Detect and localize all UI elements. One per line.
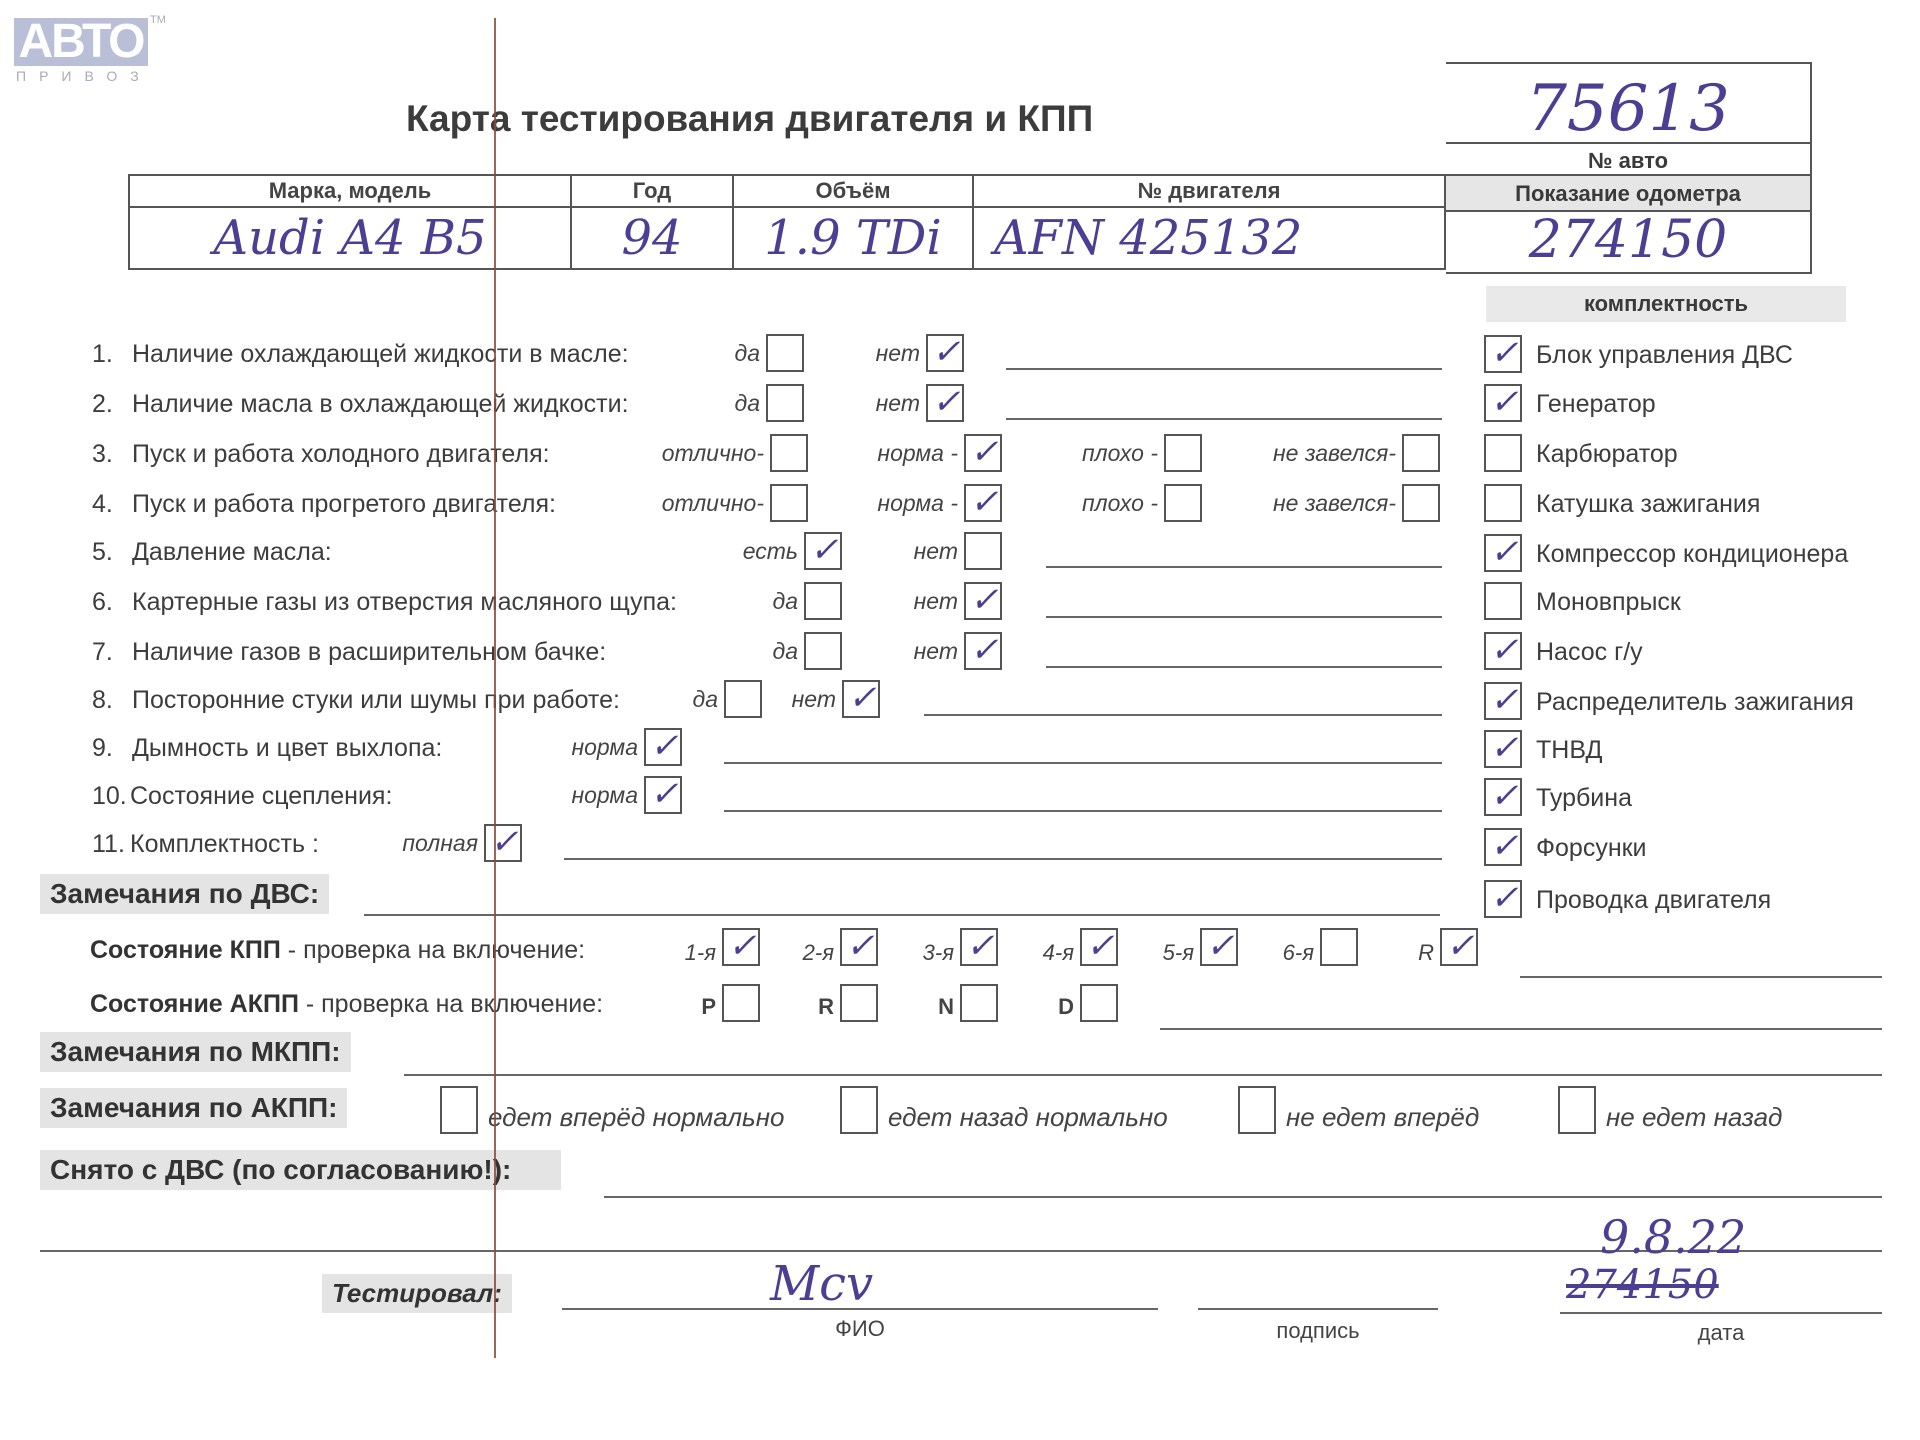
comment-line[interactable] (724, 810, 1442, 812)
completeness-item: Генератор (1536, 390, 1656, 419)
option-label: полная (324, 830, 478, 857)
handwritten-check-icon: ✓ (966, 926, 995, 966)
question-number: 2. (92, 390, 113, 419)
remarks-manual-label: Замечания по МКПП: (40, 1032, 351, 1072)
page-title: Карта тестирования двигателя и КПП (406, 98, 1093, 140)
handwritten-check-icon: ✓ (728, 926, 757, 966)
question-text: Комплектность : (130, 830, 319, 859)
fold-line (494, 18, 496, 1358)
handwritten-check-icon: ✓ (970, 630, 999, 670)
option-checkbox[interactable] (1402, 484, 1440, 522)
handwritten-check-icon: ✓ (1490, 333, 1519, 373)
gear-checkbox[interactable] (960, 984, 998, 1022)
auto-gearbox-subtitle: - проверка на включение: (299, 990, 603, 1018)
col-header-engine-no: № двигателя (973, 175, 1445, 207)
option-label: норма - (804, 490, 958, 517)
option-checkbox[interactable]: ✓ (964, 632, 1002, 670)
auto-remark-checkbox[interactable] (1238, 1086, 1276, 1134)
car-number-label: № авто (1446, 144, 1810, 176)
completeness-item: Насос г/у (1536, 638, 1643, 667)
question-number: 1. (92, 340, 113, 369)
handwritten-check-icon: ✓ (1490, 680, 1519, 720)
signature-label: подпись (1198, 1318, 1438, 1344)
completeness-item: Компрессор кондиционера (1536, 540, 1848, 569)
handwritten-check-icon: ✓ (1446, 926, 1475, 966)
question-text: Посторонние стуки или шумы при работе: (132, 686, 620, 715)
gear-label: N (900, 994, 954, 1020)
fio-value[interactable]: Мсv (770, 1256, 873, 1312)
car-number-field[interactable]: 75613 (1446, 64, 1810, 144)
completeness-checkbox[interactable]: ✓ (1484, 778, 1522, 816)
manual-gearbox-title: Состояние КПП (90, 936, 281, 964)
volume-field[interactable]: 1.9 TDi (733, 207, 973, 269)
option-checkbox[interactable]: ✓ (842, 680, 880, 718)
make-model-field[interactable]: Audi A4 B5 (129, 207, 571, 269)
auto-remark-checkbox[interactable] (840, 1086, 878, 1134)
option-checkbox[interactable]: ✓ (964, 434, 1002, 472)
year-field[interactable]: 94 (571, 207, 733, 269)
gear-label: 3-я (890, 940, 954, 966)
logo: АВТО (14, 18, 148, 66)
engine-no-field[interactable]: AFN 425132 (973, 207, 1445, 269)
option-label: плохо - (1004, 490, 1158, 517)
completeness-checkbox[interactable]: ✓ (1484, 384, 1522, 422)
completeness-item: Форсунки (1536, 834, 1647, 863)
option-checkbox[interactable] (964, 532, 1002, 570)
handwritten-check-icon: ✓ (650, 726, 679, 766)
col-header-make-model: Марка, модель (129, 175, 571, 207)
signature-line[interactable] (1198, 1308, 1438, 1310)
gear-label: 4-я (1010, 940, 1074, 966)
gear-checkbox[interactable] (1320, 928, 1358, 966)
remarks-manual-line[interactable] (404, 1074, 1882, 1076)
gear-checkbox[interactable] (1080, 984, 1118, 1022)
question-number: 3. (92, 440, 113, 469)
remarks-engine-line[interactable] (364, 914, 1440, 916)
handwritten-check-icon: ✓ (650, 774, 679, 814)
logo-subtitle: ПРИВОЗ (16, 68, 152, 84)
option-checkbox[interactable]: ✓ (644, 728, 682, 766)
option-label: не завелся- (1242, 440, 1396, 467)
question-text: Картерные газы из отверстия масляного щу… (132, 588, 677, 617)
handwritten-check-icon: ✓ (846, 926, 875, 966)
handwritten-check-icon: ✓ (932, 332, 961, 372)
auto-remark-label: едет назад нормально (888, 1102, 1168, 1133)
gear-checkbox[interactable]: ✓ (722, 928, 760, 966)
handwritten-check-icon: ✓ (1206, 926, 1235, 966)
completeness-item: Турбина (1536, 784, 1632, 813)
question-text: Давление масла: (132, 538, 332, 567)
option-checkbox[interactable]: ✓ (964, 484, 1002, 522)
handwritten-check-icon: ✓ (1490, 532, 1519, 572)
handwritten-check-icon: ✓ (1490, 776, 1519, 816)
completeness-checkbox[interactable]: ✓ (1484, 682, 1522, 720)
question-text: Наличие охлаждающей жидкости в масле: (132, 340, 629, 369)
question-text: Дымность и цвет выхлопа: (132, 734, 442, 763)
handwritten-check-icon: ✓ (1490, 382, 1519, 422)
auto-remark-checkbox[interactable] (1558, 1086, 1596, 1134)
date-value[interactable]: 9.8.22 (1600, 1210, 1746, 1264)
completeness-item: Карбюратор (1536, 440, 1678, 469)
completeness-header: комплектность (1486, 286, 1846, 322)
gear-label: R (1370, 940, 1434, 966)
auto-remark-label: едет вперёд нормально (488, 1102, 784, 1133)
option-checkbox[interactable] (770, 434, 808, 472)
gear-label: 6-я (1250, 940, 1314, 966)
completeness-checkbox[interactable] (1484, 484, 1522, 522)
date-label: дата (1560, 1320, 1882, 1346)
option-label: да (644, 638, 798, 665)
handwritten-check-icon: ✓ (1086, 926, 1115, 966)
handwritten-check-icon: ✓ (932, 382, 961, 422)
question-number: 5. (92, 538, 113, 567)
completeness-checkbox[interactable]: ✓ (1484, 730, 1522, 768)
col-header-year: Год (571, 175, 733, 207)
completeness-item: Катушка зажигания (1536, 490, 1760, 519)
logo-tm: TM (150, 14, 166, 26)
gear-checkbox[interactable] (840, 984, 878, 1022)
gear-label: R (780, 994, 834, 1020)
option-label: нет (766, 340, 920, 367)
odometer-box: 75613 № авто Показание одометра 274150 (1446, 62, 1812, 274)
option-label: да (644, 588, 798, 615)
option-label: нет (682, 686, 836, 713)
comment-line[interactable] (1006, 418, 1442, 420)
handwritten-check-icon: ✓ (970, 482, 999, 522)
completeness-item: Распределитель зажигания (1536, 688, 1854, 717)
option-label: не завелся- (1242, 490, 1396, 517)
question-number: 6. (92, 588, 113, 617)
removed-label: Снято с ДВС (по согласованию!): (40, 1150, 561, 1190)
auto-remark-label: не едет вперёд (1286, 1102, 1479, 1133)
removed-line[interactable] (604, 1196, 1882, 1198)
option-checkbox[interactable]: ✓ (926, 334, 964, 372)
completeness-item: Блок управления ДВС (1536, 341, 1793, 370)
remarks-engine-label: Замечания по ДВС: (40, 874, 329, 914)
completeness-checkbox[interactable]: ✓ (1484, 632, 1522, 670)
manual-gearbox-label: Состояние КПП - проверка на включение: (90, 936, 585, 965)
gear-label: 1-я (652, 940, 716, 966)
auto-gearbox-label: Состояние АКПП - проверка на включение: (90, 990, 603, 1019)
comment-line[interactable] (1046, 566, 1442, 568)
gear-label: D (1020, 994, 1074, 1020)
gear-label: P (662, 994, 716, 1020)
completeness-checkbox[interactable] (1484, 582, 1522, 620)
option-checkbox[interactable]: ✓ (926, 384, 964, 422)
col-header-volume: Объём (733, 175, 973, 207)
gear-checkbox[interactable] (722, 984, 760, 1022)
auto-remark-label: не едет назад (1606, 1102, 1782, 1133)
handwritten-check-icon: ✓ (1490, 826, 1519, 866)
completeness-item: Моновпрыск (1536, 588, 1681, 617)
odometer-label: Показание одометра (1446, 176, 1810, 212)
option-checkbox[interactable] (770, 484, 808, 522)
gear-checkbox[interactable]: ✓ (1200, 928, 1238, 966)
option-label: норма (484, 782, 638, 809)
completeness-checkbox[interactable]: ✓ (1484, 880, 1522, 918)
gear-checkbox[interactable]: ✓ (1080, 928, 1118, 966)
fio-label: ФИО (562, 1316, 1158, 1342)
comment-line[interactable] (1006, 368, 1442, 370)
gear-label: 2-я (770, 940, 834, 966)
option-label: нет (804, 588, 958, 615)
handwritten-check-icon: ✓ (970, 580, 999, 620)
question-text: Пуск и работа холодного двигателя: (132, 440, 550, 469)
option-label: норма (484, 734, 638, 761)
remarks-auto-label: Замечания по АКПП: (40, 1088, 347, 1128)
gear-label: 5-я (1130, 940, 1194, 966)
completeness-item: Проводка двигателя (1536, 886, 1771, 915)
option-label: да (606, 340, 760, 367)
question-number: 10. (92, 782, 127, 811)
date-struck-odometer: 274150 (1566, 1262, 1719, 1308)
option-label: отлично- (610, 490, 764, 517)
option-label: плохо - (1004, 440, 1158, 467)
completeness-checkbox[interactable]: ✓ (1484, 335, 1522, 373)
handwritten-check-icon: ✓ (1490, 878, 1519, 918)
option-label: отлично- (610, 440, 764, 467)
manual-gearbox-line[interactable] (1520, 976, 1882, 978)
option-checkbox[interactable]: ✓ (484, 824, 522, 862)
date-line[interactable] (1560, 1312, 1882, 1314)
vehicle-info-table: Марка, модель Год Объём № двигателя Audi… (128, 174, 1446, 270)
comment-line[interactable] (564, 858, 1442, 860)
completeness-item: ТНВД (1536, 736, 1602, 765)
option-label: да (606, 390, 760, 417)
question-text: Пуск и работа прогретого двигателя: (132, 490, 556, 519)
completeness-checkbox[interactable]: ✓ (1484, 534, 1522, 572)
question-text: Наличие масла в охлаждающей жидкости: (132, 390, 629, 419)
question-number: 4. (92, 490, 113, 519)
auto-remark-checkbox[interactable] (440, 1086, 478, 1134)
handwritten-check-icon: ✓ (970, 432, 999, 472)
option-label: есть (644, 538, 798, 565)
gear-checkbox[interactable]: ✓ (1440, 928, 1478, 966)
comment-line[interactable] (924, 714, 1442, 716)
option-label: нет (804, 638, 958, 665)
option-label: нет (766, 390, 920, 417)
question-number: 7. (92, 638, 113, 667)
auto-gearbox-title: Состояние АКПП (90, 990, 299, 1018)
option-checkbox[interactable]: ✓ (964, 582, 1002, 620)
option-checkbox[interactable] (1164, 484, 1202, 522)
comment-line[interactable] (1046, 616, 1442, 618)
question-number: 9. (92, 734, 113, 763)
handwritten-check-icon: ✓ (1490, 728, 1519, 768)
option-checkbox[interactable] (1164, 434, 1202, 472)
completeness-checkbox[interactable] (1484, 434, 1522, 472)
question-text: Наличие газов в расширительном бачке: (132, 638, 606, 667)
completeness-checkbox[interactable]: ✓ (1484, 828, 1522, 866)
fio-line[interactable] (562, 1308, 1158, 1310)
option-checkbox[interactable]: ✓ (644, 776, 682, 814)
option-checkbox[interactable] (1402, 434, 1440, 472)
option-label: норма - (804, 440, 958, 467)
comment-line[interactable] (1046, 666, 1442, 668)
option-label: нет (804, 538, 958, 565)
manual-gearbox-subtitle: - проверка на включение: (281, 936, 585, 964)
gear-checkbox[interactable]: ✓ (840, 928, 878, 966)
tested-by-label: Тестировал: (322, 1274, 512, 1313)
handwritten-check-icon: ✓ (848, 678, 877, 718)
odometer-field[interactable]: 274150 (1446, 210, 1810, 270)
question-number: 11. (92, 830, 125, 859)
question-text: Состояние сцепления: (130, 782, 392, 811)
comment-line[interactable] (724, 762, 1442, 764)
auto-gearbox-line[interactable] (1160, 1028, 1882, 1030)
question-number: 8. (92, 686, 113, 715)
handwritten-check-icon: ✓ (1490, 630, 1519, 670)
gear-checkbox[interactable]: ✓ (960, 928, 998, 966)
